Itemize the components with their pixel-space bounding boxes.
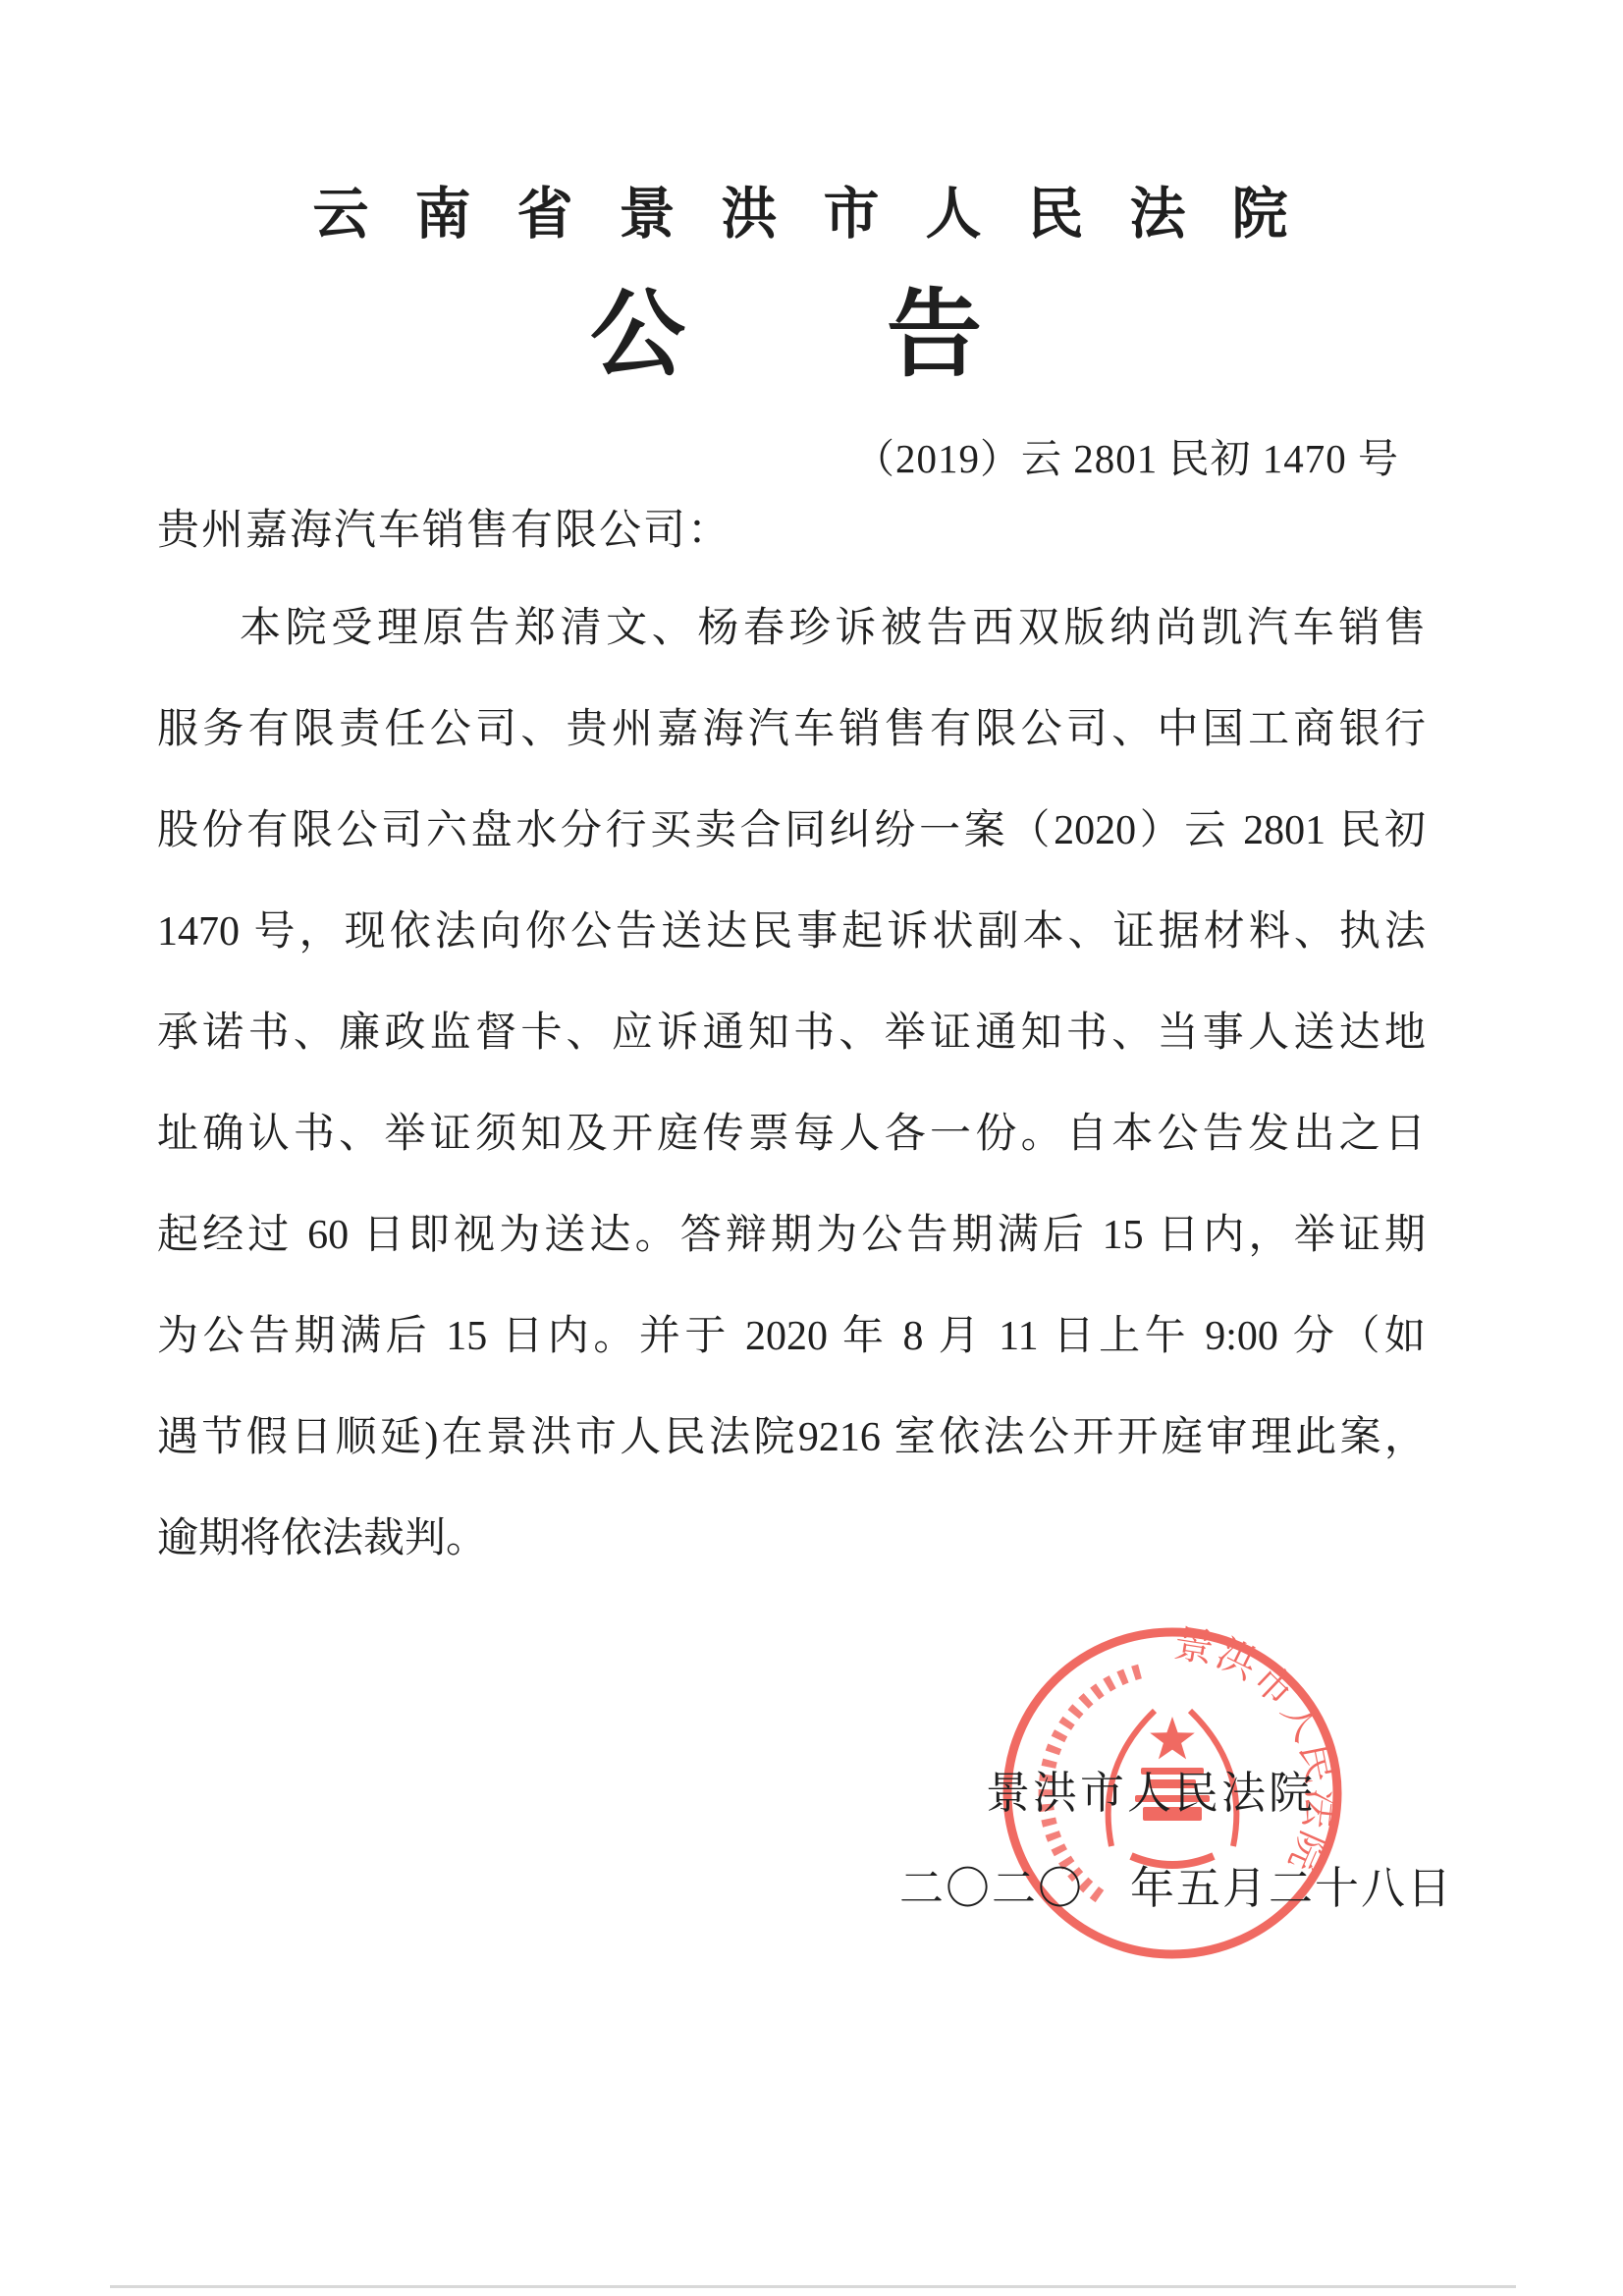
case-number: （2019）云 2801 民初 1470 号	[854, 426, 1399, 484]
body-line: 本院受理原告郑清文、杨春珍诉被告西双版纳尚凯汽车销售	[157, 578, 1426, 680]
body-line: 服务有限责任公司、贵州嘉海汽车销售有限公司、中国工商银行	[157, 680, 1426, 781]
body-line: 为公告期满后 15 日内。并于 2020 年 8 月 11 日上午 9:00 分…	[157, 1286, 1426, 1388]
scan-edge-artifact	[110, 2285, 1516, 2288]
addressee-line: 贵州嘉海汽车销售有限公司：	[157, 497, 731, 557]
issue-date: 二〇二〇 年五月二十八日	[899, 1852, 1453, 1916]
court-name-title: 云南省景洪市人民法院	[0, 169, 1623, 249]
body-paragraph: 本院受理原告郑清文、杨春珍诉被告西双版纳尚凯汽车销售 服务有限责任公司、贵州嘉海…	[157, 578, 1426, 1590]
seal-rim-text-wrap: 景洪市人民法院	[1171, 1621, 1344, 1881]
notice-heading: 公告	[590, 257, 1183, 395]
court-notice-document: 云南省景洪市人民法院 公告 （2019）云 2801 民初 1470 号 贵州嘉…	[0, 0, 1623, 2296]
body-line: 遇节假日顺延)在景洪市人民法院9216 室依法公开开庭审理此案，	[157, 1388, 1426, 1489]
body-line: 起经过 60 日即视为送达。答辩期为公告期满后 15 日内，举证期	[157, 1185, 1426, 1286]
seal-rim-text: 景洪市人民法院	[1171, 1621, 1344, 1881]
body-line: 股份有限公司六盘水分行买卖合同纠纷一案（2020）云 2801 民初	[157, 781, 1426, 882]
body-line: 址确认书、举证须知及开庭传票每人各一份。自本公告发出之日	[157, 1084, 1426, 1185]
star-icon	[1150, 1717, 1195, 1759]
body-line: 承诺书、廉政监督卡、应诉通知书、举证通知书、当事人送达地	[157, 983, 1426, 1084]
body-line: 逾期将依法裁判。	[157, 1489, 1426, 1590]
body-line: 1470 号，现依法向你公告送达民事起诉状副本、证据材料、执法	[157, 882, 1426, 983]
notice-heading-wrap: 公告	[0, 257, 1623, 395]
signature-court-name: 景洪市人民法院	[986, 1757, 1316, 1821]
